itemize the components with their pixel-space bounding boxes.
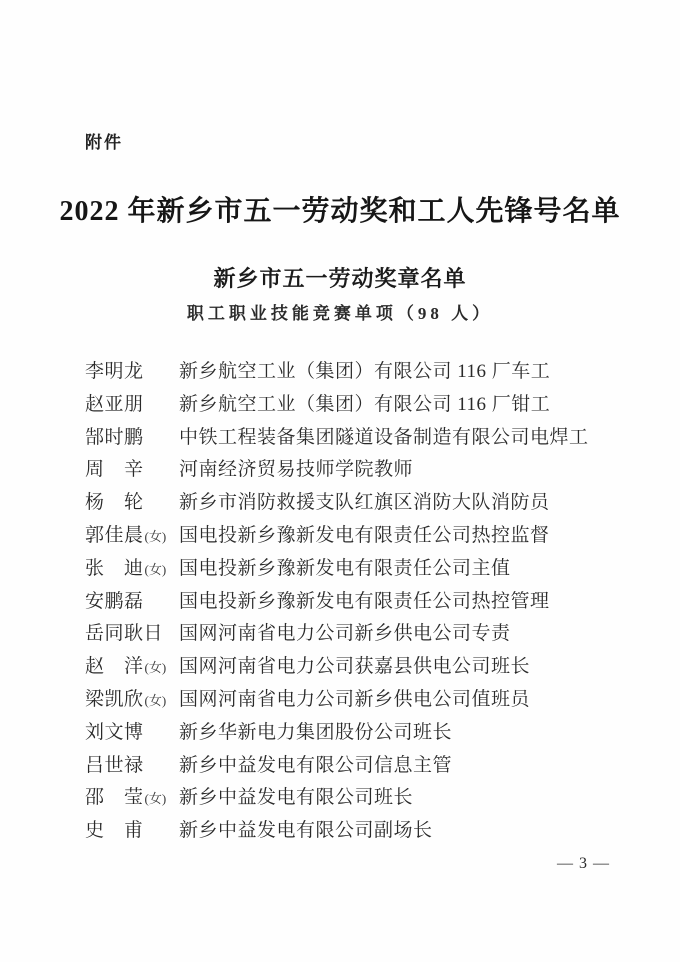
person-name: 郜时鹏: [85, 422, 144, 455]
list-item: 史 甫新乡中益发电有限公司副场长: [85, 815, 600, 848]
list-item: 吕世禄新乡中益发电有限公司信息主管: [85, 750, 600, 783]
section-title: 新乡市五一劳动奖章名单: [0, 262, 680, 293]
person-name: 安鹏磊: [85, 586, 144, 619]
name-cell: 邵 莹(女): [85, 782, 179, 816]
list-item: 张 迪(女)国电投新乡豫新发电有限责任公司主值: [85, 553, 600, 586]
organization-and-title: 国电投新乡豫新发电有限责任公司热控管理: [179, 586, 600, 619]
person-name: 郭佳晨: [85, 520, 144, 553]
person-name: 张 迪: [85, 553, 144, 586]
person-name: 岳同耿日: [85, 618, 163, 651]
name-cell: 李明龙: [85, 356, 179, 389]
person-name: 赵亚朋: [85, 389, 144, 422]
name-cell: 赵亚朋: [85, 389, 179, 422]
organization-and-title: 国电投新乡豫新发电有限责任公司主值: [179, 553, 600, 586]
organization-and-title: 新乡中益发电有限公司班长: [179, 782, 600, 815]
name-cell: 杨 轮: [85, 487, 179, 520]
list-item: 安鹏磊国电投新乡豫新发电有限责任公司热控管理: [85, 586, 600, 619]
organization-and-title: 中铁工程装备集团隧道设备制造有限公司电焊工: [179, 422, 600, 455]
gender-marker: (女): [145, 554, 167, 587]
list-item: 梁凯欣(女)国网河南省电力公司新乡供电公司值班员: [85, 684, 600, 717]
list-item: 李明龙新乡航空工业（集团）有限公司 116 厂车工: [85, 356, 600, 389]
organization-and-title: 新乡中益发电有限公司副场长: [179, 815, 600, 848]
person-name: 李明龙: [85, 356, 144, 389]
person-name: 周 辛: [85, 454, 144, 487]
name-cell: 周 辛: [85, 454, 179, 487]
list-item: 郭佳晨(女)国电投新乡豫新发电有限责任公司热控监督: [85, 520, 600, 553]
person-name: 刘文博: [85, 717, 144, 750]
person-name: 梁凯欣: [85, 684, 144, 717]
attachment-label: 附件: [85, 128, 123, 153]
person-name: 赵 洋: [85, 651, 144, 684]
list-item: 周 辛河南经济贸易技师学院教师: [85, 454, 600, 487]
document-page: 附件 2022 年新乡市五一劳动奖和工人先锋号名单 新乡市五一劳动奖章名单 职工…: [0, 0, 680, 962]
organization-and-title: 新乡市消防救援支队红旗区消防大队消防员: [179, 487, 600, 520]
name-cell: 史 甫: [85, 815, 179, 848]
list-item: 刘文博新乡华新电力集团股份公司班长: [85, 717, 600, 750]
organization-and-title: 国网河南省电力公司新乡供电公司值班员: [179, 684, 600, 717]
person-name: 邵 莹: [85, 782, 144, 815]
organization-and-title: 新乡华新电力集团股份公司班长: [179, 717, 600, 750]
name-cell: 吕世禄: [85, 750, 179, 783]
name-cell: 郜时鹏: [85, 422, 179, 455]
organization-and-title: 国网河南省电力公司新乡供电公司专责: [179, 618, 600, 651]
page-number: — 3 —: [557, 855, 610, 873]
name-cell: 刘文博: [85, 717, 179, 750]
list-item: 赵亚朋新乡航空工业（集团）有限公司 116 厂钳工: [85, 389, 600, 422]
name-cell: 岳同耿日: [85, 618, 179, 651]
list-item: 杨 轮新乡市消防救援支队红旗区消防大队消防员: [85, 487, 600, 520]
organization-and-title: 新乡中益发电有限公司信息主管: [179, 750, 600, 783]
organization-and-title: 国电投新乡豫新发电有限责任公司热控监督: [179, 520, 600, 553]
award-roster-list: 李明龙新乡航空工业（集团）有限公司 116 厂车工赵亚朋新乡航空工业（集团）有限…: [85, 356, 600, 848]
gender-marker: (女): [145, 685, 167, 718]
section-subtitle: 职工职业技能竞赛单项（98 人）: [0, 299, 680, 324]
list-item: 赵 洋(女)国网河南省电力公司获嘉县供电公司班长: [85, 651, 600, 684]
name-cell: 张 迪(女): [85, 553, 179, 587]
name-cell: 郭佳晨(女): [85, 520, 179, 554]
list-item: 岳同耿日国网河南省电力公司新乡供电公司专责: [85, 618, 600, 651]
person-name: 史 甫: [85, 815, 144, 848]
list-item: 邵 莹(女)新乡中益发电有限公司班长: [85, 782, 600, 815]
document-title: 2022 年新乡市五一劳动奖和工人先锋号名单: [0, 189, 680, 229]
gender-marker: (女): [145, 652, 167, 685]
organization-and-title: 新乡航空工业（集团）有限公司 116 厂钳工: [179, 389, 600, 422]
name-cell: 梁凯欣(女): [85, 684, 179, 718]
person-name: 杨 轮: [85, 487, 144, 520]
organization-and-title: 河南经济贸易技师学院教师: [179, 454, 600, 487]
organization-and-title: 新乡航空工业（集团）有限公司 116 厂车工: [179, 356, 600, 389]
organization-and-title: 国网河南省电力公司获嘉县供电公司班长: [179, 651, 600, 684]
name-cell: 安鹏磊: [85, 586, 179, 619]
gender-marker: (女): [145, 783, 167, 816]
gender-marker: (女): [145, 521, 167, 554]
person-name: 吕世禄: [85, 750, 144, 783]
list-item: 郜时鹏中铁工程装备集团隧道设备制造有限公司电焊工: [85, 422, 600, 455]
name-cell: 赵 洋(女): [85, 651, 179, 685]
